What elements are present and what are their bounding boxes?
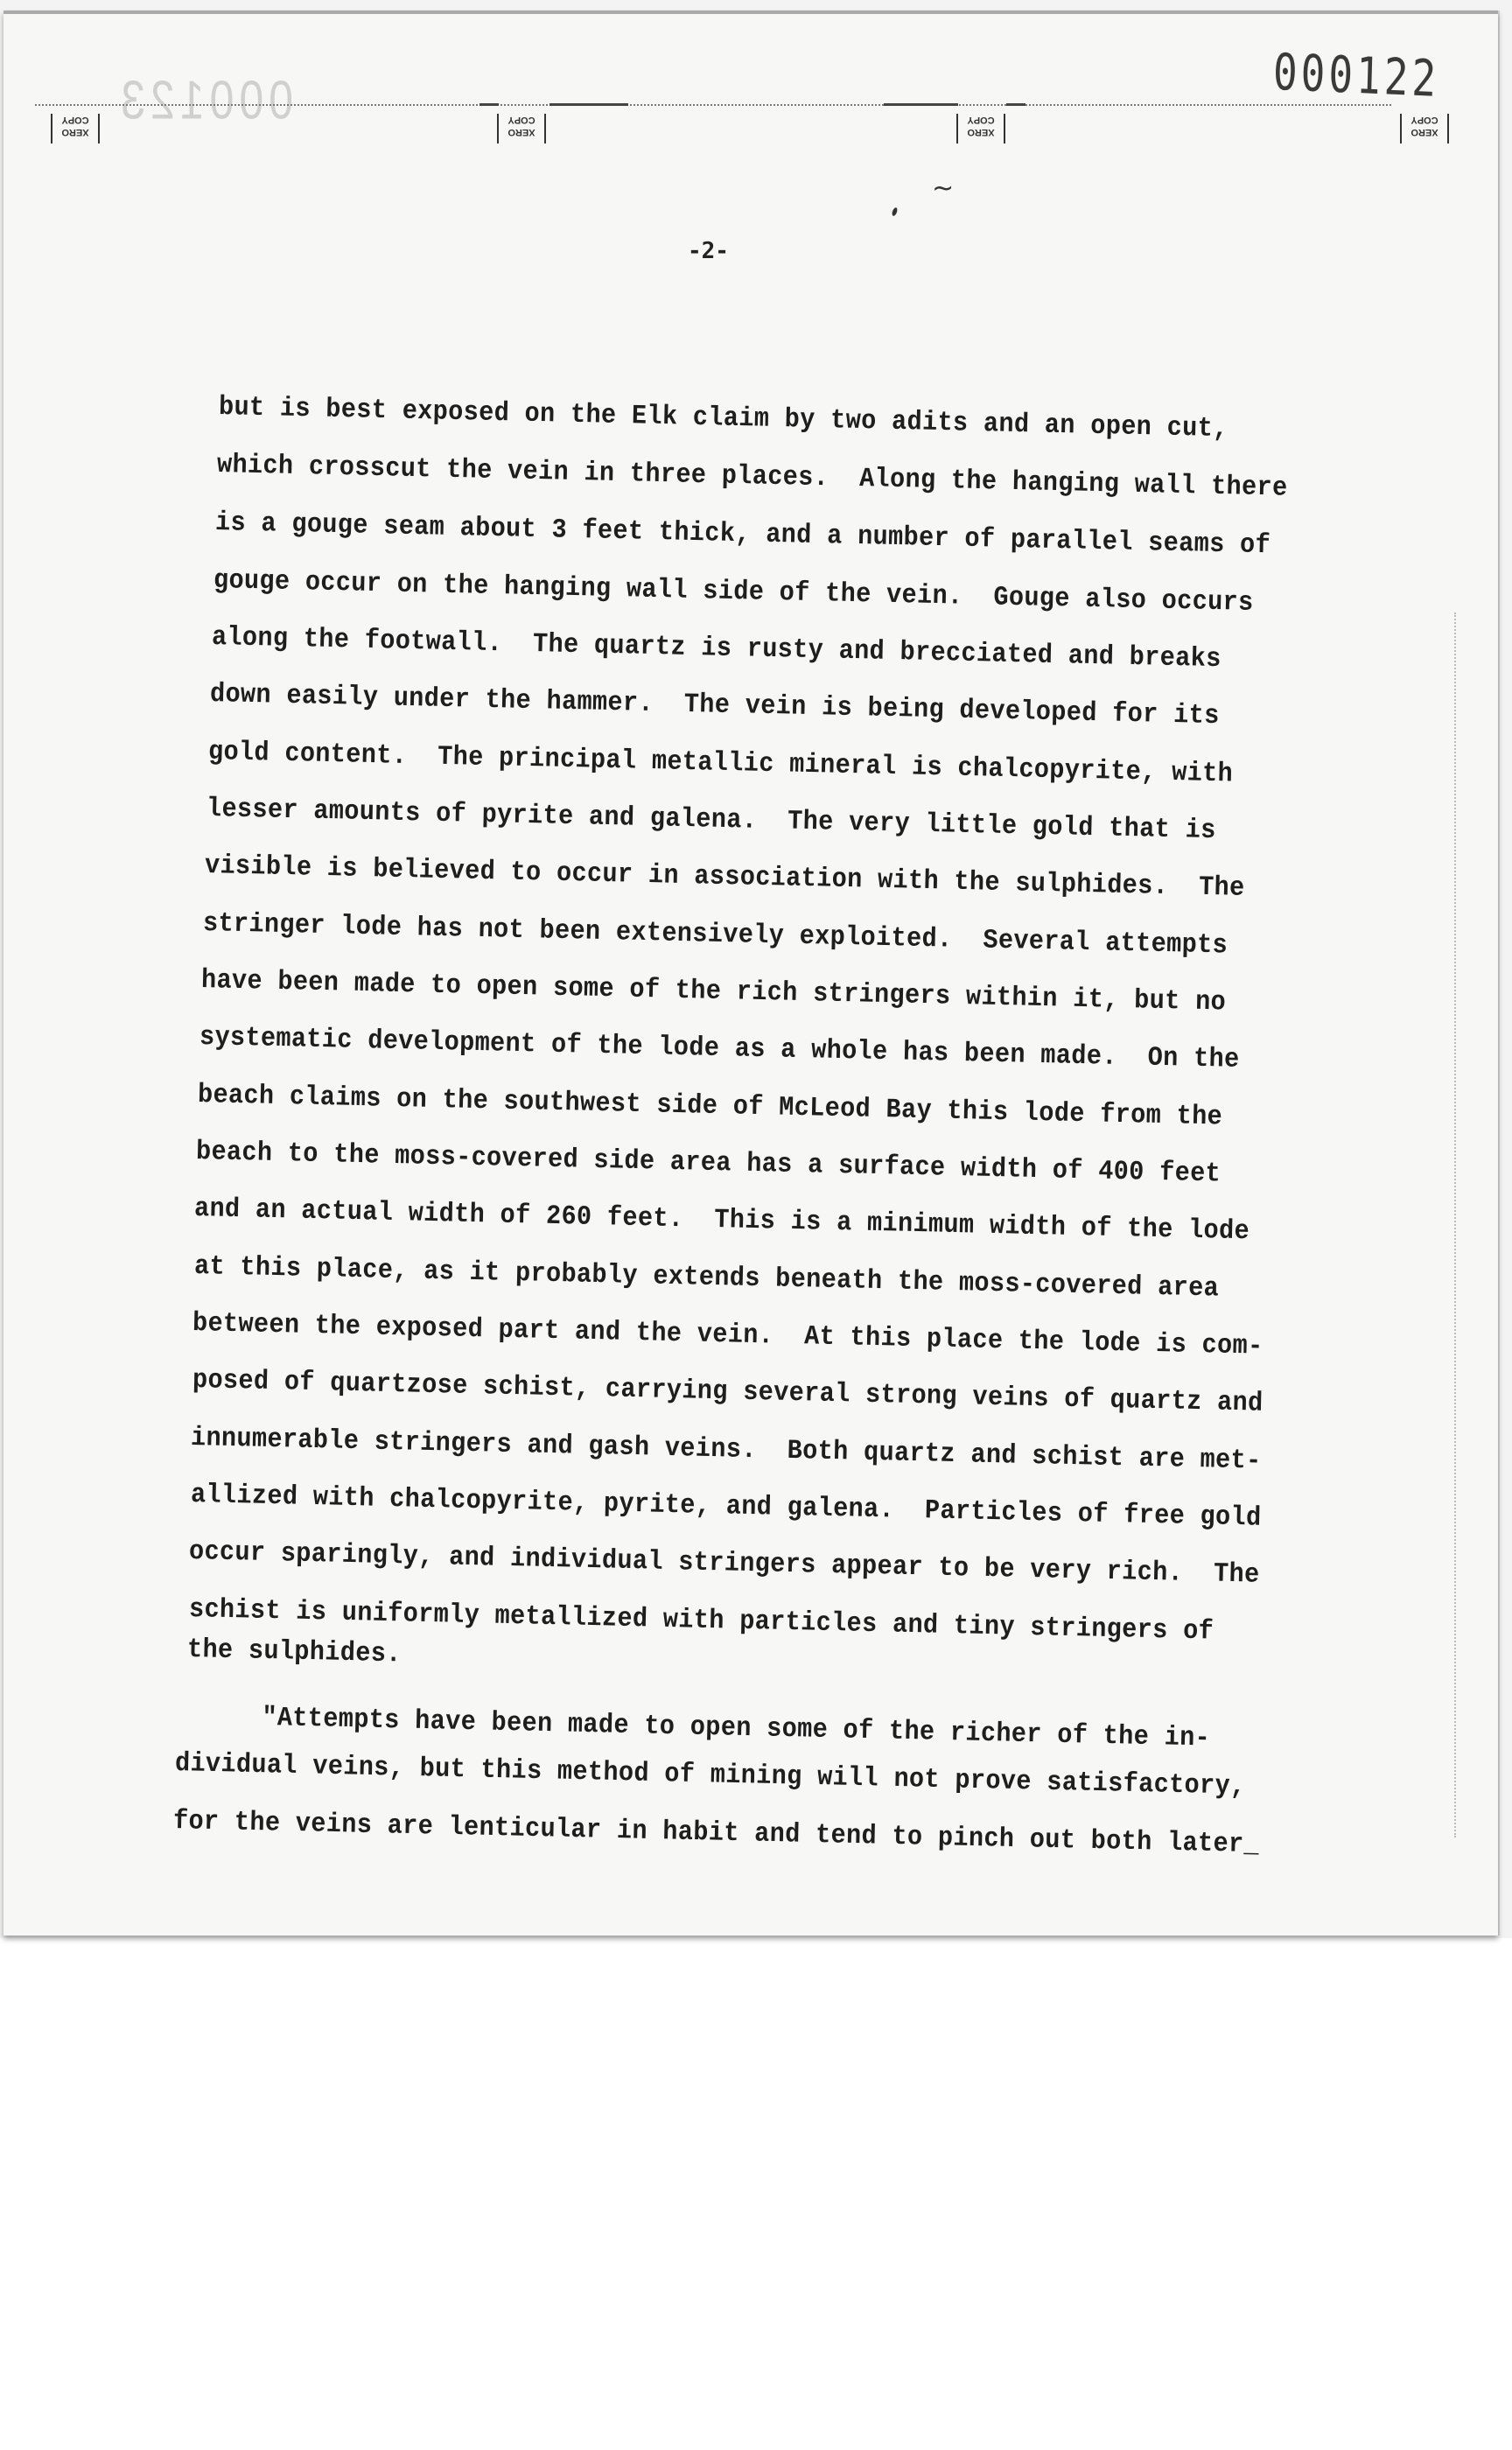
text-line: which crosscut the vein in three places.…	[217, 450, 1288, 504]
text-line: at this place, as it probably extends be…	[194, 1251, 1220, 1305]
text-line: visible is believed to occur in associat…	[205, 850, 1245, 904]
document-body: but is best exposed on the Elk claim by …	[0, 0, 1512, 1938]
text-line: and an actual width of 260 feet. This is…	[194, 1193, 1250, 1247]
text-line: dividual veins, but this method of minin…	[175, 1748, 1246, 1802]
text-line: but is best exposed on the Elk claim by …	[219, 392, 1228, 444]
text-line: systematic development of the lode as a …	[199, 1022, 1240, 1075]
text-line: have been made to open some of the rich …	[201, 965, 1227, 1018]
text-line: stringer lode has not been extensively e…	[203, 908, 1228, 962]
text-line: down easily under the hammer. The vein i…	[210, 679, 1220, 731]
text-line: the sulphides.	[187, 1634, 402, 1669]
text-line: beach claims on the southwest side of Mc…	[198, 1080, 1223, 1133]
text-line: "Attempts have been made to open some of…	[185, 1701, 1211, 1754]
text-line: gold content. The principal metallic min…	[208, 737, 1234, 790]
text-line: between the exposed part and the vein. A…	[192, 1308, 1263, 1362]
text-line: lesser amounts of pyrite and galena. The…	[206, 794, 1216, 846]
text-line: for the veins are lenticular in habit an…	[173, 1806, 1260, 1860]
text-line: beach to the moss-covered side area has …	[196, 1137, 1221, 1190]
text-line: along the footwall. The quartz is rusty …	[212, 622, 1221, 675]
text-line: gouge occur on the hanging wall side of …	[213, 565, 1254, 619]
text-line: posed of quartzose schist, carrying seve…	[192, 1365, 1263, 1419]
text-line: is a gouge seam about 3 feet thick, and …	[215, 507, 1271, 561]
text-line: occur sparingly, and individual stringer…	[189, 1536, 1260, 1591]
text-line: allized with chalcopyrite, pyrite, and g…	[191, 1480, 1262, 1534]
text-line: innumerable stringers and gash veins. Bo…	[191, 1423, 1262, 1477]
